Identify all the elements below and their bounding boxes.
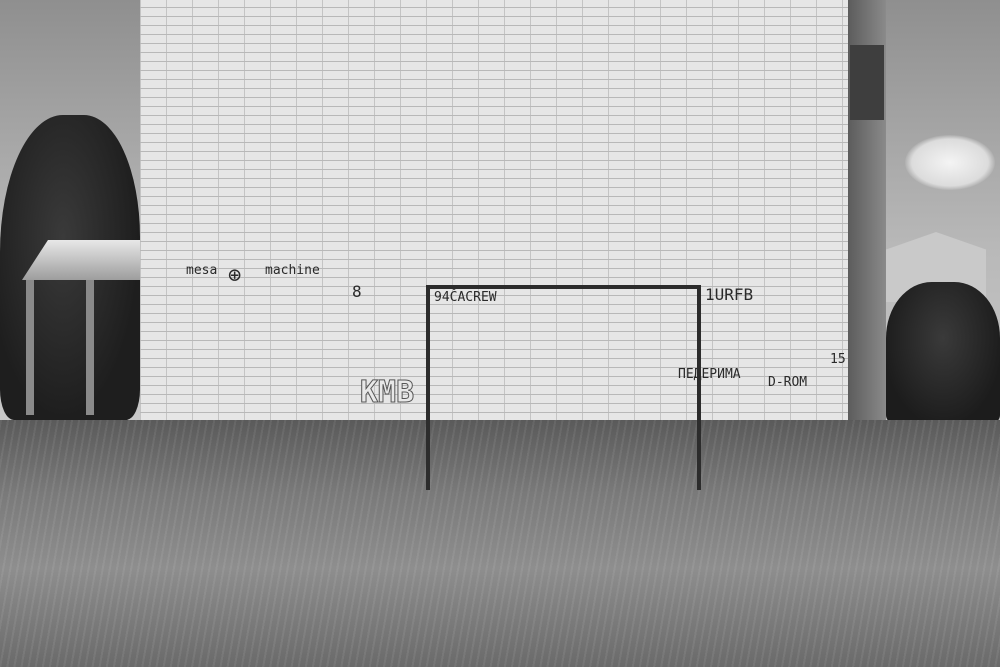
graffiti-tag: 8 [352,282,362,301]
shelter-post [86,280,94,415]
graffiti-tag: 1URFB [705,285,753,304]
graffiti-tag: 94ČACREW [434,290,497,305]
bush-right [886,282,1000,422]
graffiti-tag: 15 [830,352,846,367]
balcony [850,45,884,120]
goal-post-left [426,285,430,490]
graffiti-piece: KMB [360,375,414,410]
goal-post-right [697,285,701,490]
graffiti-tag: machine [265,263,320,278]
goal-crossbar [426,285,701,289]
brick-wall [140,0,850,440]
graffiti-tag: D-ROM [768,375,807,390]
shelter-post [26,280,34,415]
grass-ground [0,420,1000,667]
graffiti-tag: ПЕДЕРИМА [678,367,741,382]
graffiti-tag: mesa [186,263,217,278]
cloud [905,135,995,190]
graffiti-symbol: ⊕ [228,263,241,288]
